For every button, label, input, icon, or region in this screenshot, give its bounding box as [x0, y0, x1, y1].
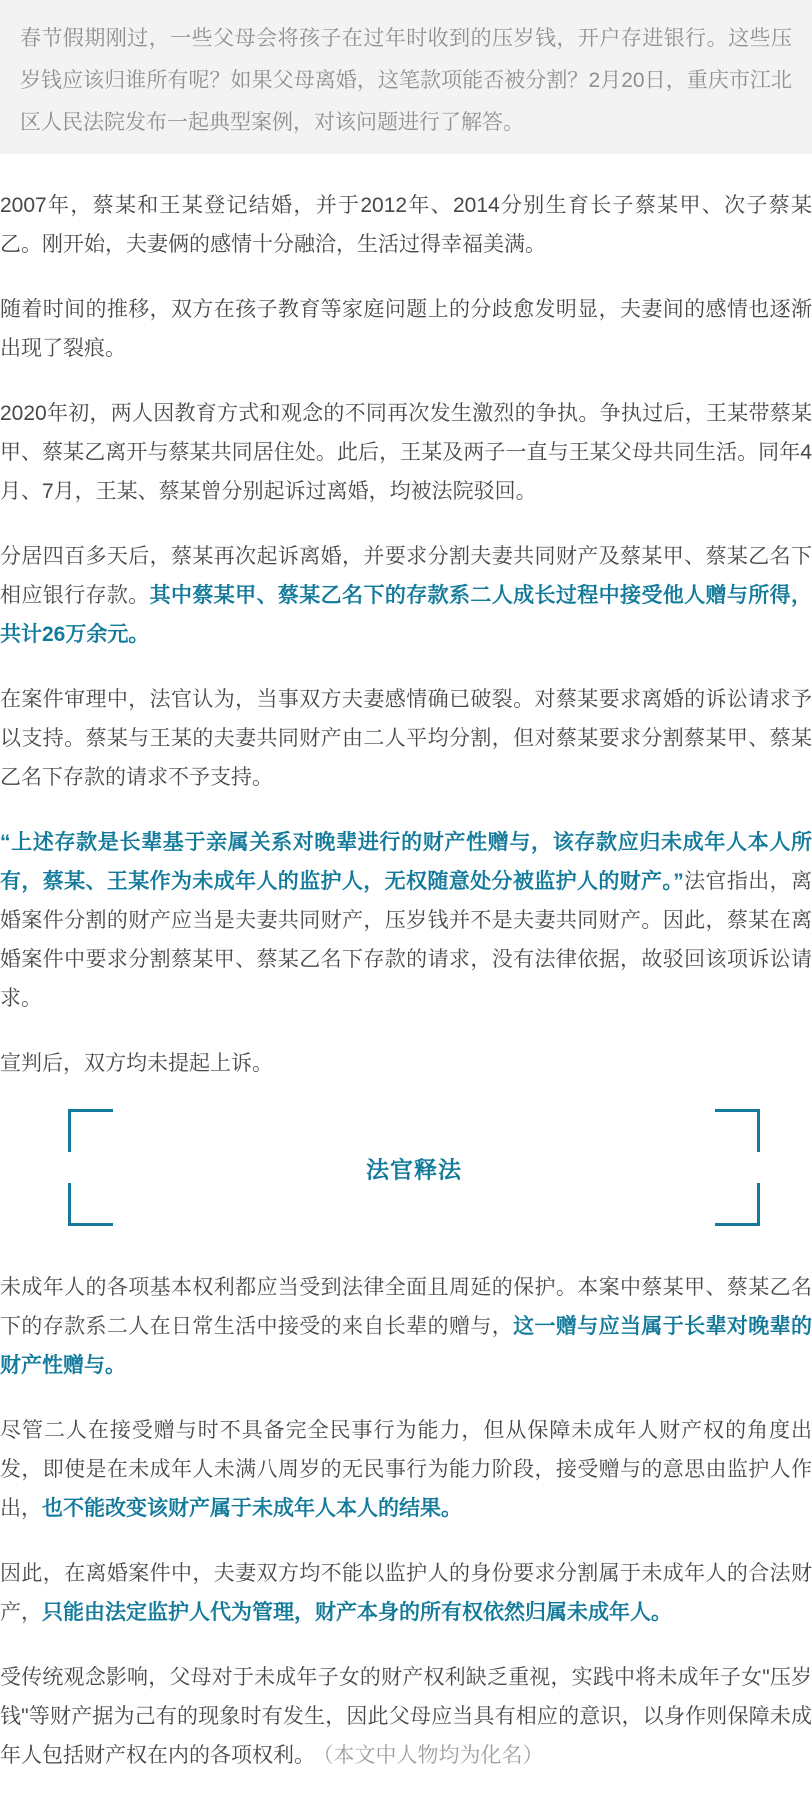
- article-page: 春节假期刚过，一些父母会将孩子在过年时收到的压岁钱，开户存进银行。这些压岁钱应该…: [0, 0, 812, 1801]
- corner-bracket-bottom-right: [715, 1183, 760, 1226]
- para-relationship-cracks: 随着时间的推移，双方在孩子教育等家庭问题上的分歧愈发明显，夫妻间的感情也逐渐出现…: [0, 290, 812, 368]
- para-divorce-rule: 因此，在离婚案件中，夫妻双方均不能以监护人的身份要求分割属于未成年人的合法财产，…: [0, 1554, 812, 1632]
- corner-bracket-top-right: [715, 1109, 760, 1152]
- corner-bracket-bottom-left: [68, 1183, 113, 1226]
- alias-note: （本文中人物均为化名）: [323, 1744, 544, 1767]
- para-no-appeal: 宣判后，双方均未提起上诉。: [0, 1044, 812, 1083]
- para-court-opinion: 在案件审理中，法官认为，当事双方夫妻感情确已破裂。对蔡某要求离婚的诉讼请求予以支…: [0, 680, 812, 797]
- corner-bracket-top-left: [68, 1109, 113, 1152]
- para-trial-text: 在案件审理中，法官认为，当事双方夫妻感情确已破裂。对蔡某要求离婚的诉讼请求予以支…: [0, 688, 812, 789]
- para-conflict-text: 2020年初，两人因教育方式和观念的不同再次发生激烈的争执。争执过后，王某带蔡某…: [0, 402, 812, 503]
- para-2020-conflict: 2020年初，两人因教育方式和观念的不同再次发生激烈的争执。争执过后，王某带蔡某…: [0, 394, 812, 511]
- para-capacity-text-highlight: 也不能改变该财产属于未成年人本人的结果。: [42, 1497, 462, 1520]
- para-divorce-text-highlight: 只能由法定监护人代为管理，财产本身的所有权依然归属未成年人。: [42, 1601, 672, 1624]
- judge-explains-section-title: 法官释法: [68, 1151, 760, 1184]
- para-judge-quote: “上述存款是长辈基于亲属关系对晚辈进行的财产性赠与，该存款应归未成年人本人所有，…: [0, 823, 812, 1018]
- intro-quote-block: 春节假期刚过，一些父母会将孩子在过年时收到的压岁钱，开户存进银行。这些压岁钱应该…: [0, 0, 812, 154]
- para-cracks-text: 随着时间的推移，双方在孩子教育等家庭问题上的分歧愈发明显，夫妻间的感情也逐渐出现…: [0, 298, 812, 360]
- para-divorce-lawsuit: 分居四百多天后，蔡某再次起诉离婚，并要求分割夫妻共同财产及蔡某甲、蔡某乙名下相应…: [0, 537, 812, 654]
- intro-quote-text: 春节假期刚过，一些父母会将孩子在过年时收到的压岁钱，开户存进银行。这些压岁钱应该…: [20, 27, 792, 134]
- para-no-appeal-text: 宣判后，双方均未提起上诉。: [0, 1052, 273, 1075]
- para-marriage-background: 2007年，蔡某和王某登记结婚，并于2012年、2014分别生育长子蔡某甲、次子…: [0, 186, 812, 264]
- para-marriage-text: 2007年，蔡某和王某登记结婚，并于2012年、2014分别生育长子蔡某甲、次子…: [0, 194, 812, 256]
- para-civil-capacity: 尽管二人在接受赠与时不具备完全民事行为能力，但从保障未成年人财产权的角度出发，即…: [0, 1411, 812, 1528]
- judge-explains-section-frame: 法官释法: [68, 1109, 760, 1226]
- para-minor-rights: 未成年人的各项基本权利都应当受到法律全面且周延的保护。本案中蔡某甲、蔡某乙名下的…: [0, 1268, 812, 1385]
